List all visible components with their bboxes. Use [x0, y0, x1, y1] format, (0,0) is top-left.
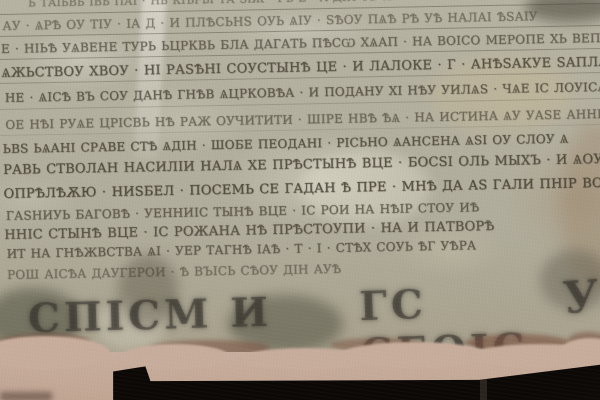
door-jamb-seam: [480, 379, 487, 400]
corner-smudge: [0, 392, 52, 400]
inscription-line: ГАЅНИУЬ БАГОВѢ · УЕННИІС ТЫНѢ ВЦЕ · ІС Р…: [6, 200, 480, 223]
inscription-line: НЕ · ѦІСѢ ВЪ СОУ ДАНѢ ГНѢВ ѦЦРКОВѢА · И …: [5, 78, 600, 106]
plaster-bump: [120, 344, 230, 370]
inscription-line: ОПРѢЛѢѪЮ · НИЅБЕЛ · ПОСЕМЬ СЕ ГАДАН Ѣ ПР…: [3, 175, 600, 202]
large-faded-letter-edge: У: [561, 271, 600, 324]
inscription-line: ИТ НА ГНѢЖВСТВА ѦІ · УЕР ТАГНѢ ІАѢ · Т ·…: [7, 238, 477, 262]
plaster-bump: [340, 342, 490, 368]
plaster-wall: Ь ТАІЬВЬ ІВЬ ПАІ · НЬ КІѢРЬІ ТА ЅІѪ · РѢ…: [0, 0, 600, 400]
inscription-photo: Ь ТАІЬВЬ ІВЬ ПАІ · НЬ КІѢРЬІ ТА ЅІѪ · РѢ…: [0, 0, 600, 400]
inscription-line: РОШ АІСѢА ДАУГЕРОИ · Ѣ ВЪІСЬ СѢОУ ДІН АУ…: [7, 262, 341, 282]
